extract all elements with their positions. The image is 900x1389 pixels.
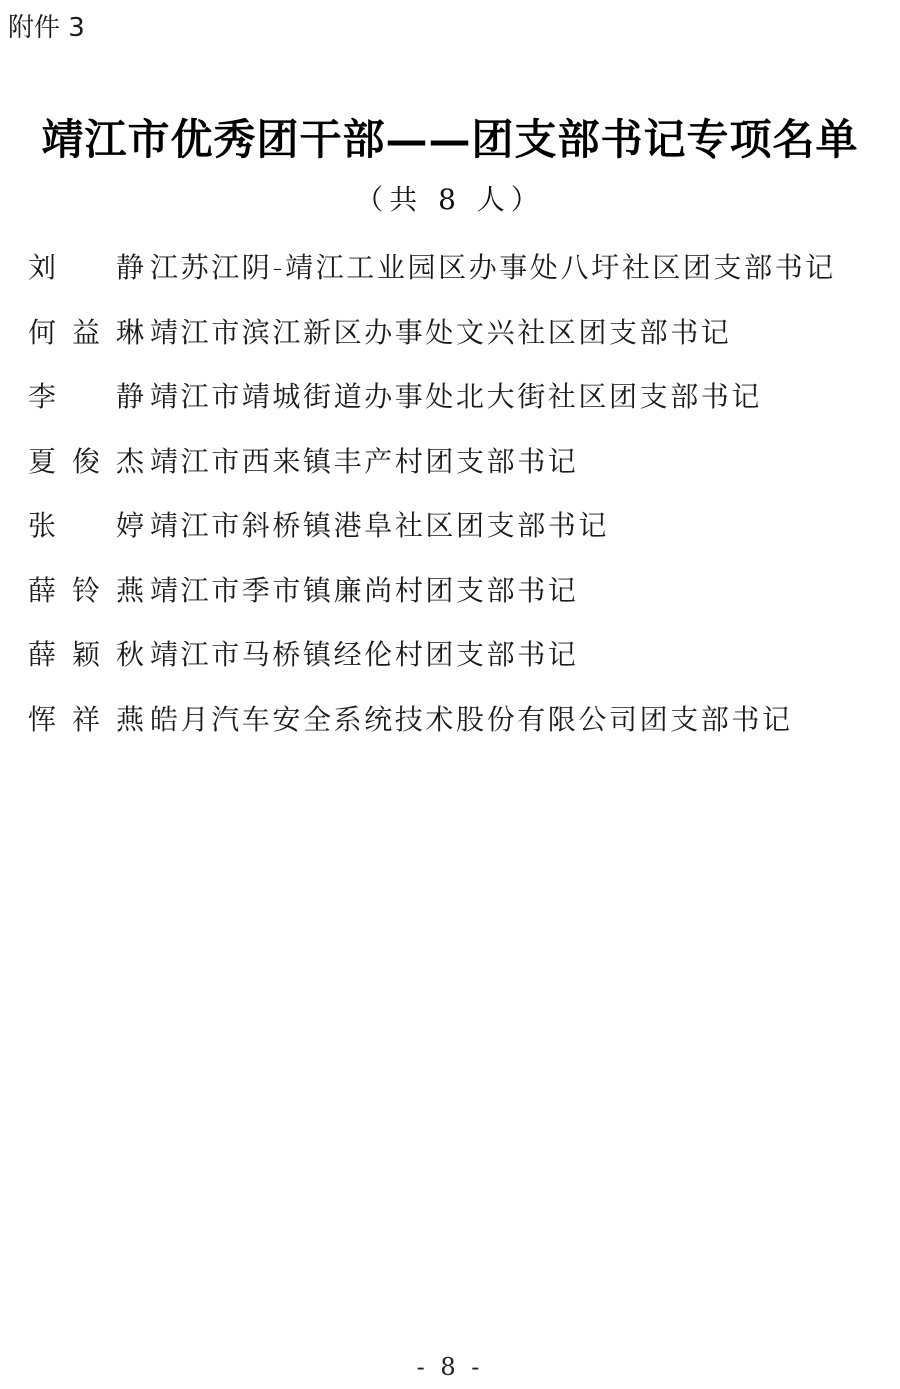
person-name: 夏俊杰	[28, 442, 146, 482]
person-name: 薛铃燕	[28, 571, 146, 611]
person-name: 李 静	[28, 377, 146, 417]
list-item: 李 静 靖江市靖城街道办事处北大街社区团支部书记	[28, 365, 900, 430]
person-position: 靖江市季市镇廉尚村团支部书记	[150, 571, 578, 611]
list-item: 刘 静 江苏江阴-靖江工业园区办事处八圩社区团支部书记	[28, 236, 900, 301]
list-item: 薛铃燕 靖江市季市镇廉尚村团支部书记	[28, 559, 900, 624]
page-number: - 8 -	[0, 1352, 900, 1382]
person-name: 恽祥燕	[28, 700, 146, 740]
list-item: 夏俊杰 靖江市西来镇丰产村团支部书记	[28, 430, 900, 495]
person-position: 靖江市靖城街道办事处北大街社区团支部书记	[150, 377, 762, 417]
list-item: 恽祥燕 皓月汽车安全系统技术股份有限公司团支部书记	[28, 688, 900, 753]
list-item: 何益琳 靖江市滨江新区办事处文兴社区团支部书记	[28, 301, 900, 366]
document-subtitle-count: （共 8 人）	[0, 180, 900, 220]
person-position: 靖江市西来镇丰产村团支部书记	[150, 442, 578, 482]
person-position: 江苏江阴-靖江工业园区办事处八圩社区团支部书记	[150, 248, 836, 288]
list-item: 薛颖秋 靖江市马桥镇经伦村团支部书记	[28, 623, 900, 688]
attachment-label: 附件 3	[8, 12, 85, 44]
person-name: 刘 静	[28, 248, 146, 288]
honoree-list: 刘 静 江苏江阴-靖江工业园区办事处八圩社区团支部书记 何益琳 靖江市滨江新区办…	[28, 236, 900, 752]
person-position: 皓月汽车安全系统技术股份有限公司团支部书记	[150, 700, 793, 740]
person-position: 靖江市滨江新区办事处文兴社区团支部书记	[150, 313, 731, 353]
person-name: 何益琳	[28, 313, 146, 353]
person-position: 靖江市斜桥镇港阜社区团支部书记	[150, 506, 609, 546]
person-name: 薛颖秋	[28, 635, 146, 675]
list-item: 张 婷 靖江市斜桥镇港阜社区团支部书记	[28, 494, 900, 559]
person-name: 张 婷	[28, 506, 146, 546]
person-position: 靖江市马桥镇经伦村团支部书记	[150, 635, 578, 675]
document-title: 靖江市优秀团干部——团支部书记专项名单	[0, 112, 900, 168]
